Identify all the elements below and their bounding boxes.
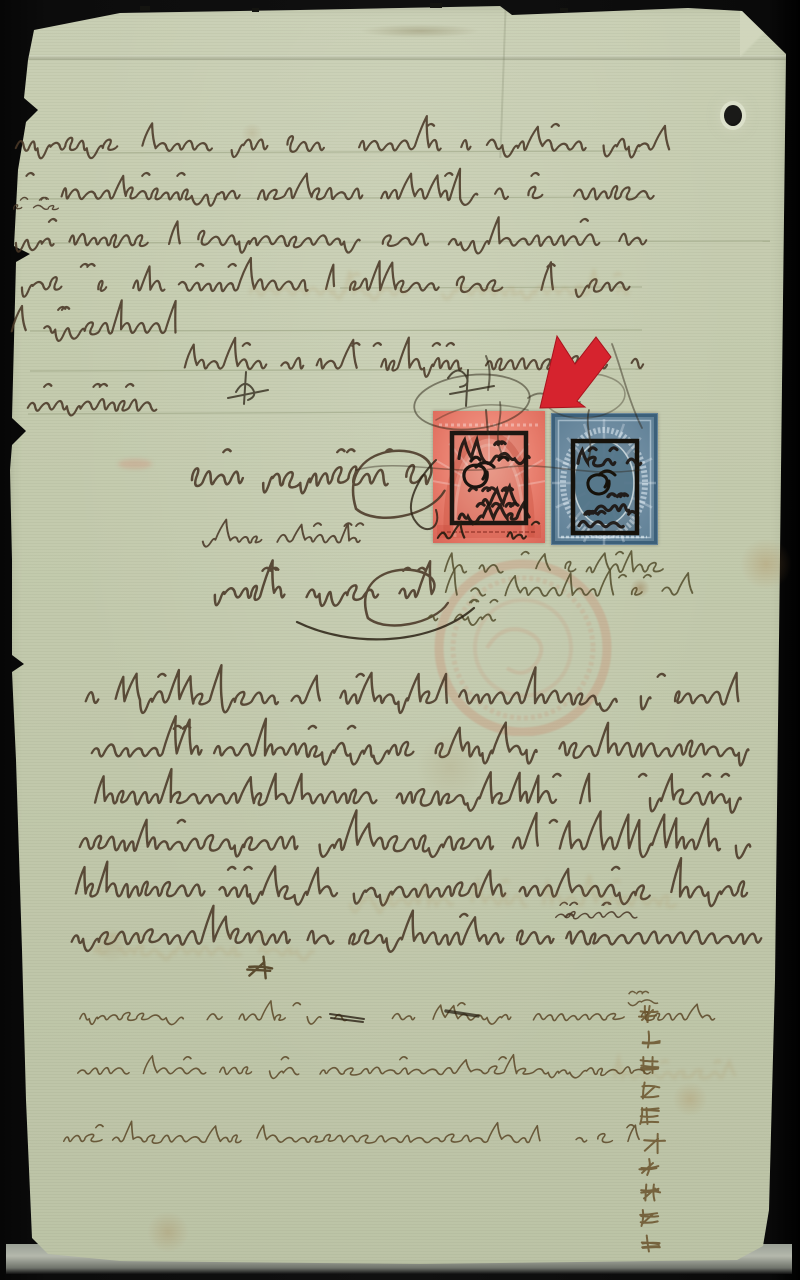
chinese-character-mark: [639, 1159, 658, 1175]
edge-speck: [140, 6, 150, 11]
paper-stain: [146, 1212, 190, 1252]
paper-stain: [92, 928, 130, 962]
signature-swash: [297, 608, 474, 639]
red-arrow-annotation: [520, 326, 640, 436]
chinese-character-mark: [643, 1032, 660, 1048]
chinese-character-mark: [640, 1210, 658, 1226]
arrow-icon: [540, 336, 611, 408]
chinese-character-mark: [238, 948, 278, 988]
punch-hole: [724, 105, 742, 126]
chinese-character-mark: [639, 1006, 658, 1022]
edge-speck: [252, 8, 259, 12]
pen-flourish: [411, 460, 437, 529]
paper-stain: [740, 538, 792, 590]
chinese-character-mark: [644, 1134, 665, 1153]
edge-grime: [360, 24, 480, 38]
chinese-character-mark: [641, 1083, 659, 1099]
edge-speck: [560, 8, 568, 12]
paper-stain: [672, 1082, 708, 1116]
edge-speck: [430, 3, 442, 8]
strikethrough-mark: [330, 1014, 364, 1022]
scanned-document: [0, 0, 800, 1280]
chinese-character-mark: [641, 1185, 660, 1201]
pen-cross-mark: [228, 372, 268, 404]
chinese-character-mark: [642, 1236, 660, 1252]
chinese-character-mark: [247, 957, 272, 979]
paper-stain: [630, 578, 650, 598]
chinese-character-mark: [640, 1108, 659, 1124]
paper-stain: [240, 124, 264, 142]
chinese-character-mark: [641, 1057, 659, 1073]
paper-stain: [415, 735, 485, 799]
ink-blot: [446, 1011, 478, 1016]
chinese-ink-column: [626, 998, 686, 1278]
